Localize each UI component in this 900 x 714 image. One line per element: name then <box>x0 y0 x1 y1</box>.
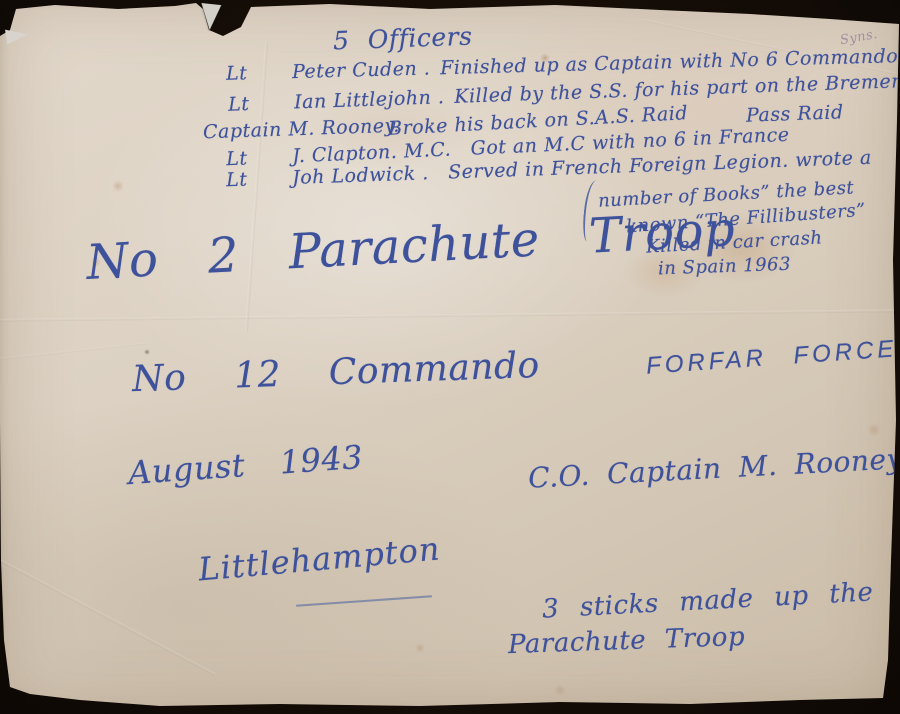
heading-officer-count: 5 Officers <box>333 22 473 56</box>
crease-line <box>0 309 900 321</box>
officer-name: M. Rooney. <box>288 115 400 141</box>
footer-note-line: 3 sticks made up the <box>541 577 874 624</box>
troop-title: No 2 Parachute Troop <box>85 201 736 291</box>
officer-line-continuation: Pass Raid <box>746 101 844 126</box>
force-title: FORFAR FORCE <box>645 335 898 380</box>
officer-rank: Lt <box>226 61 293 85</box>
photo-background: Syns. 5 Officers LtPeter Cuden . Finishe… <box>0 0 900 714</box>
footer-note-line: Parachute Troop <box>508 622 746 660</box>
crease-line <box>0 342 149 360</box>
officer-rank: Lt <box>228 91 295 115</box>
officer-rank: Lt <box>226 167 293 191</box>
commanding-officer-line: C.O. Captain M. Rooney <box>527 442 900 495</box>
paper: Syns. 5 Officers LtPeter Cuden . Finishe… <box>0 0 900 714</box>
commando-title: No 12 Commando <box>131 345 540 400</box>
crease-line <box>0 551 215 676</box>
location-line: Littlehampton <box>197 529 442 588</box>
date-line: August 1943 <box>127 438 364 492</box>
underline-stroke <box>296 595 432 606</box>
officer-line: Captain M. Rooney. <box>203 115 400 144</box>
officer-rank: Captain <box>203 119 283 144</box>
